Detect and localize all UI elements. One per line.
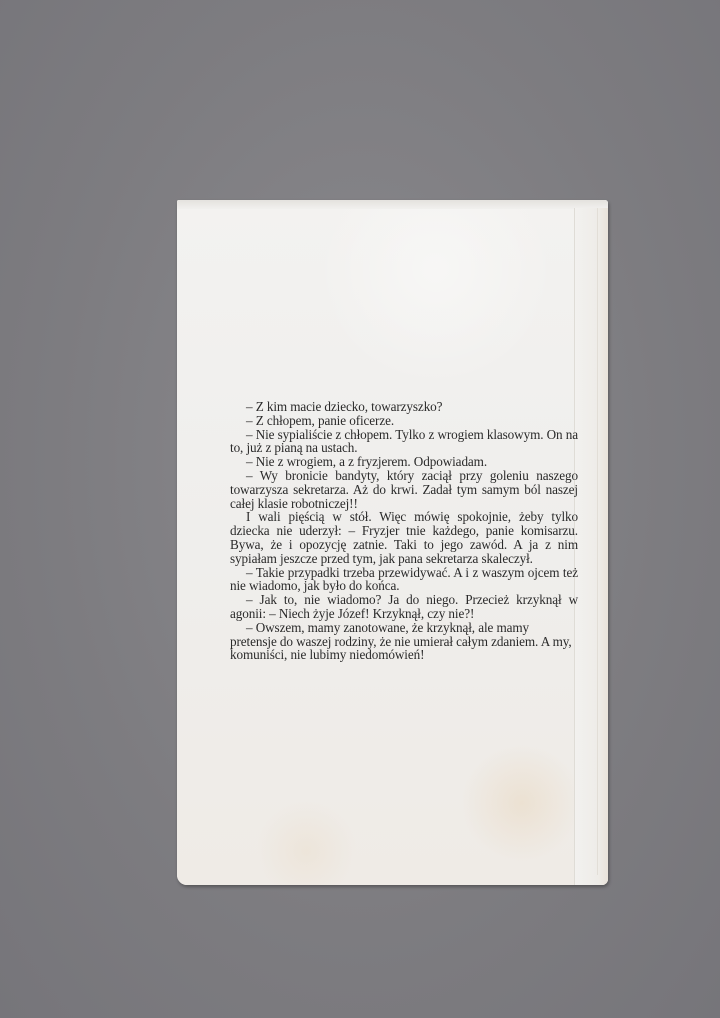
spine-fold-line [597,208,598,875]
book-back-cover: – Z kim macie dziecko, towarzyszko? – Z … [177,200,608,885]
excerpt-paragraph: – Owszem, mamy zanotowane, że krzyknął, … [230,621,578,662]
excerpt-paragraph: – Nie sypialiście z chłopem. Tylko z wro… [230,428,578,456]
excerpt-paragraph: – Jak to, nie wiadomo? Ja do niego. Prze… [230,593,578,621]
cover-excerpt: – Z kim macie dziecko, towarzyszko? – Z … [230,400,578,662]
excerpt-paragraph: – Z kim macie dziecko, towarzyszko? [230,400,578,414]
excerpt-paragraph: – Z chłopem, panie oficerze. [230,414,578,428]
book-spine-edge [574,208,608,885]
excerpt-paragraph: – Nie z wrogiem, a z fryzjerem. Odpowiad… [230,455,578,469]
excerpt-paragraph: I wali pięścią w stół. Więc mówię spokoj… [230,510,578,565]
excerpt-paragraph: – Takie przypadki trzeba przewidywać. A … [230,566,578,594]
excerpt-paragraph: – Wy bronicie bandyty, który zaciął przy… [230,469,578,510]
cover-top-edge [177,200,608,209]
